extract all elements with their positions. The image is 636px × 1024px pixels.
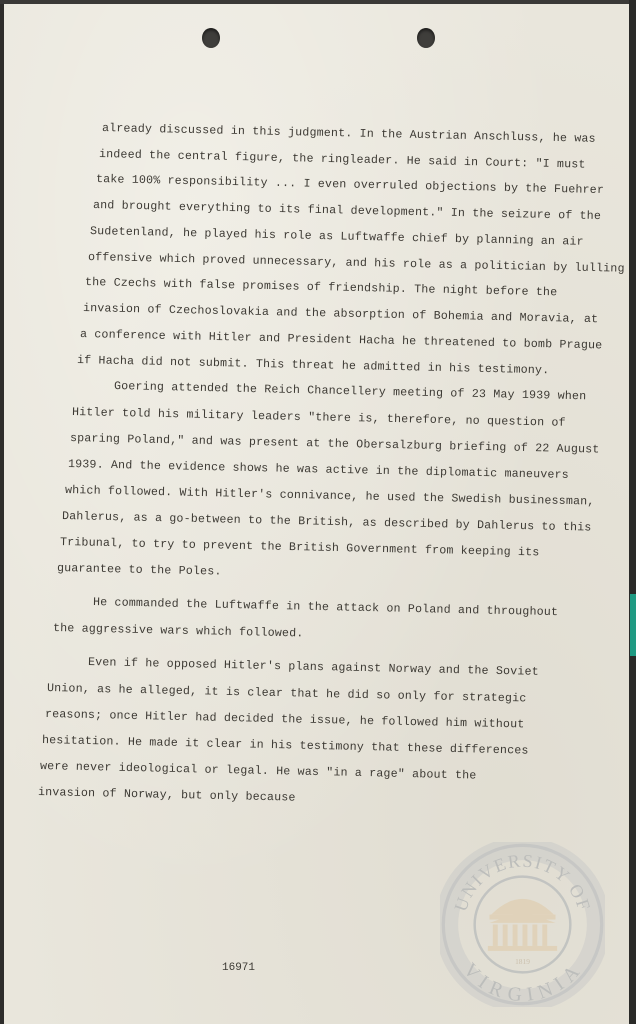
punch-hole-left (202, 28, 220, 48)
seal-year: 1819 (515, 957, 530, 966)
rotunda-icon (488, 899, 557, 951)
university-seal-watermark: UNIVERSITY OF VIRGINIA 1819 (440, 842, 605, 1007)
page-number: 16971 (222, 962, 255, 974)
scan-right-edge (629, 0, 636, 1024)
punch-hole-right (417, 28, 435, 48)
index-tab (630, 594, 636, 656)
scan-top-edge (0, 0, 636, 4)
